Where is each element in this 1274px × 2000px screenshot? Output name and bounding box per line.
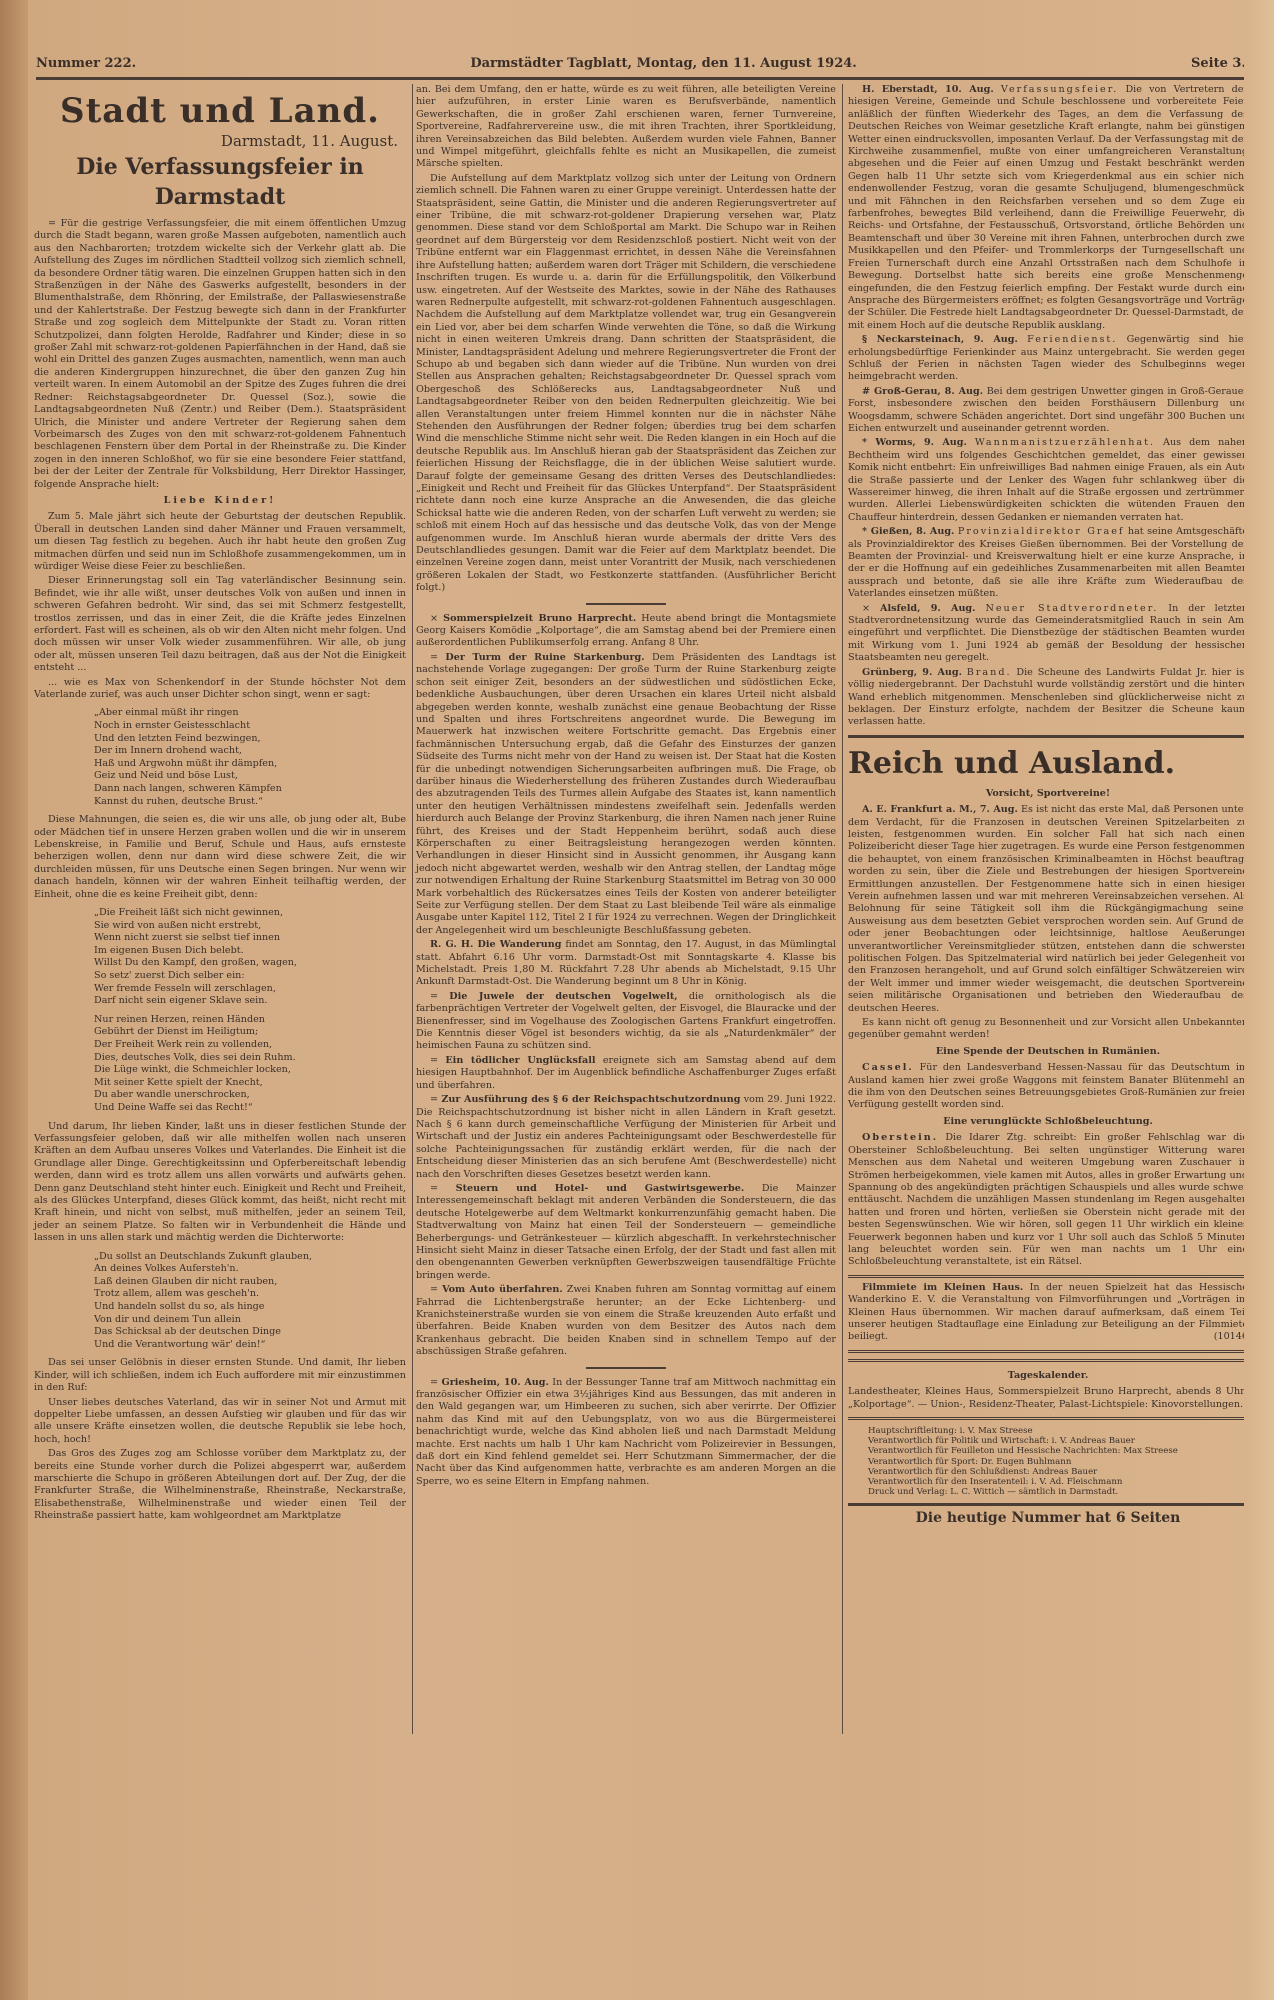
issue-number: Nummer 222. bbox=[36, 56, 136, 71]
news-item-gruenberg: Grünberg, 9. Aug. Brand. Die Scheune des… bbox=[848, 667, 1248, 729]
text-line: Dann nach langen, schweren Kämpfen bbox=[94, 783, 406, 796]
text-line: Haß und Argwohn müßt ihr dämpfen, bbox=[94, 758, 406, 771]
text-line: Verantwortlich für den Inseratenteil: i.… bbox=[868, 1477, 1248, 1487]
news-item-steuern: = Steuern und Hotel- und Gastwirtsgewerb… bbox=[416, 1183, 836, 1282]
text-line: Und den letzten Feind bezwingen, bbox=[94, 733, 406, 746]
text-line: Mit seiner Kette spielt der Knecht, bbox=[94, 1077, 406, 1090]
text-line: Das Schicksal ab der deutschen Dinge bbox=[94, 1326, 406, 1339]
section-kicker: Stadt und Land. bbox=[34, 90, 406, 132]
page-count-note: Die heutige Nummer hat 6 Seiten bbox=[848, 1512, 1248, 1524]
subheading: Eine verunglückte Schloßbeleuchtung. bbox=[848, 1116, 1248, 1128]
news-item-oberstein: Oberstein. Die Idarer Ztg. schreibt: Ein… bbox=[848, 1132, 1248, 1268]
article-paragraph: ... wie es Max von Schenkendorf in der S… bbox=[34, 677, 406, 702]
text-line: Nur reinen Herzen, reinen Händen bbox=[94, 1014, 406, 1027]
text-line: „Aber einmal müßt ihr ringen bbox=[94, 707, 406, 720]
text-line: Willst Du den Kampf, den großen, wagen, bbox=[94, 957, 406, 970]
article-paragraph: Die Aufstellung auf dem Marktplatz vollz… bbox=[416, 173, 836, 595]
text-line: „Du sollst an Deutschlands Zukunft glaub… bbox=[94, 1251, 406, 1264]
film-notice: Filmmiete im Kleinen Haus. In der neuen … bbox=[848, 1275, 1248, 1353]
text-line: An deines Volkes Aufersteh'n. bbox=[94, 1263, 406, 1276]
article-paragraph: an. Bei dem Umfang, den er hatte, würde … bbox=[416, 84, 836, 171]
poem: Nur reinen Herzen, reinen HändenGebührt … bbox=[94, 1014, 406, 1115]
speech-salutation: Liebe Kinder! bbox=[34, 495, 406, 507]
article-paragraph: Zum 5. Male jährt sich heute der Geburts… bbox=[34, 511, 406, 573]
news-item-neckarsteinach: § Neckarsteinach, 9. Aug. Feriendienst. … bbox=[848, 334, 1248, 384]
text-line: Die Lüge winkt, die Schmeichler locken, bbox=[94, 1064, 406, 1077]
section-kicker-reich: Reich und Ausland. bbox=[848, 744, 1248, 784]
text-line: Im eigenen Busen Dich belebt. bbox=[94, 945, 406, 958]
news-item-pachtschutz: = Zur Ausführung des § 6 der Reichspacht… bbox=[416, 1094, 836, 1181]
text-line: Hauptschriftleitung: i. V. Max Streese bbox=[868, 1426, 1248, 1436]
text-line: „Die Freiheit läßt sich nicht gewinnen, bbox=[94, 907, 406, 920]
text-line: Darf nicht sein eigener Sklave sein. bbox=[94, 995, 406, 1008]
article-paragraph: Und darum, Ihr lieben Kinder, laßt uns i… bbox=[34, 1121, 406, 1245]
newspaper-title: Darmstädter Tagblatt, Montag, den 11. Au… bbox=[136, 56, 1191, 71]
article-paragraph: Das sei unser Gelöbnis in dieser ernsten… bbox=[34, 1357, 406, 1394]
news-item-giessen: * Gießen, 8. Aug. Provinzialdirektor Gra… bbox=[848, 526, 1248, 600]
column-divider bbox=[412, 84, 413, 1734]
text-line: Wenn nicht zuerst sie selbst tief innen bbox=[94, 932, 406, 945]
news-item-starkenburg: = Der Turm der Ruine Starkenburg. Dem Pr… bbox=[416, 652, 836, 937]
article-paragraph: Diese Mahnungen, die seien es, die wir u… bbox=[34, 814, 406, 901]
news-item-griesheim: = Griesheim, 10. Aug. In der Bessunger T… bbox=[416, 1377, 836, 1489]
column-1: Stadt und Land. Darmstadt, 11. August. D… bbox=[34, 84, 406, 1525]
news-item-gross-gerau: # Groß-Gerau, 8. Aug. Bei dem gestrigen … bbox=[848, 386, 1248, 436]
news-item-auto: = Vom Auto überfahren. Zwei Knaben fuhre… bbox=[416, 1284, 836, 1358]
article-paragraph: Dieser Erinnerungstag soll ein Tag vater… bbox=[34, 575, 406, 674]
text-line: Und die Verantwortung wär' dein!“ bbox=[94, 1339, 406, 1352]
news-item-vogelwelt: = Die Juwele der deutschen Vogelwelt, di… bbox=[416, 991, 836, 1053]
calendar-title: Tageskalender. bbox=[848, 1370, 1248, 1382]
news-item-wanderung: R. G. H. Die Wanderung findet am Sonntag… bbox=[416, 939, 836, 989]
subheading: Eine Spende der Deutschen in Rumänien. bbox=[848, 1046, 1248, 1058]
imprint: Hauptschriftleitung: i. V. Max StreeseVe… bbox=[848, 1426, 1248, 1497]
dateline: Darmstadt, 11. August. bbox=[34, 132, 398, 150]
text-line: Kannst du ruhen, deutsche Brust.“ bbox=[94, 796, 406, 809]
text-line: Der Freiheit Werk rein zu vollenden, bbox=[94, 1039, 406, 1052]
news-item-alsfeld: × Alsfeld, 9. Aug. Neuer Stadtverordnete… bbox=[848, 603, 1248, 665]
text-line: Und Deine Waffe sei das Recht!“ bbox=[94, 1102, 406, 1115]
text-line: Gebührt der Dienst im Heiligtum; bbox=[94, 1026, 406, 1039]
newspaper-page: Nummer 222. Darmstädter Tagblatt, Montag… bbox=[28, 0, 1274, 2000]
text-line: Sie wird von außen nicht erstrebt, bbox=[94, 920, 406, 933]
article-paragraph: Es kann nicht oft genug zu Besonnenheit … bbox=[848, 1017, 1248, 1042]
poem: „Du sollst an Deutschlands Zukunft glaub… bbox=[94, 1251, 406, 1352]
page-binding-edge bbox=[0, 0, 28, 2000]
masthead-rule bbox=[36, 77, 1246, 80]
daily-calendar: Tageskalender. Landestheater, Kleines Ha… bbox=[848, 1359, 1248, 1420]
ad-code: (10146 bbox=[1200, 1331, 1248, 1343]
column-2: an. Bei dem Umfang, den er hatte, würde … bbox=[416, 84, 836, 1490]
page-number: Seite 3. bbox=[1191, 56, 1246, 71]
masthead: Nummer 222. Darmstädter Tagblatt, Montag… bbox=[36, 52, 1246, 74]
text-line: Verantwortlich für Sport: Dr. Eugen Buhl… bbox=[868, 1457, 1248, 1467]
poem: „Die Freiheit läßt sich nicht gewinnen,S… bbox=[94, 907, 406, 1008]
text-line: Trotz allem, allem was gescheh'n. bbox=[94, 1288, 406, 1301]
article-paragraph: = Für die gestrige Verfassungsfeier, die… bbox=[34, 218, 406, 491]
news-item-unglueck: = Ein tödlicher Unglücksfall ereignete s… bbox=[416, 1055, 836, 1092]
news-item-cassel: Cassel. Für den Landesverband Hessen-Nas… bbox=[848, 1062, 1248, 1112]
text-line: Laß deinen Glauben dir nicht rauben, bbox=[94, 1276, 406, 1289]
article-paragraph: Unser liebes deutsches Vaterland, das wi… bbox=[34, 1397, 406, 1447]
text-line: Der im Innern drohend wacht, bbox=[94, 745, 406, 758]
calendar-text: Landestheater, Kleines Haus, Sommerspiel… bbox=[848, 1386, 1248, 1411]
text-line: Von dir und deinem Tun allein bbox=[94, 1314, 406, 1327]
text-line: Und handeln sollst du so, als hinge bbox=[94, 1301, 406, 1314]
news-item-harprecht: × Sommerspielzeit Bruno Harprecht. Heute… bbox=[416, 613, 836, 650]
text-line: So setz' zuerst Dich selber ein: bbox=[94, 970, 406, 983]
text-line: Geiz und Neid und böse Lust, bbox=[94, 770, 406, 783]
text-line: Druck und Verlag: L. C. Wittich — sämtli… bbox=[868, 1487, 1248, 1497]
subheading: Vorsicht, Sportvereine! bbox=[848, 788, 1248, 800]
text-line: Noch in ernster Geistesschlacht bbox=[94, 720, 406, 733]
poem: „Aber einmal müßt ihr ringenNoch in erns… bbox=[94, 707, 406, 808]
text-line: Verantwortlich für Politik und Wirtschaf… bbox=[868, 1436, 1248, 1446]
text-line: Verantwortlich für Feuilleton und Hessis… bbox=[868, 1446, 1248, 1456]
text-line: Du aber wandle unerschrocken, bbox=[94, 1089, 406, 1102]
news-item-worms: * Worms, 9. Aug. Wannmanistzuerzählenhat… bbox=[848, 437, 1248, 524]
section-rule bbox=[848, 1503, 1248, 1506]
text-line: Wer fremde Fesseln will zerschlagen, bbox=[94, 983, 406, 996]
news-item-eberstadt: H. Eberstadt, 10. Aug. Verfassungsfeier.… bbox=[848, 84, 1248, 332]
separator-rule bbox=[586, 603, 666, 605]
section-rule bbox=[848, 735, 1248, 738]
separator-rule bbox=[586, 1367, 666, 1369]
column-divider bbox=[842, 84, 843, 1734]
news-item-frankfurt: A. E. Frankfurt a. M., 7. Aug. Es ist ni… bbox=[848, 804, 1248, 1015]
article-paragraph: Das Gros des Zuges zog am Schlosse vorüb… bbox=[34, 1448, 406, 1522]
column-3: H. Eberstadt, 10. Aug. Verfassungsfeier.… bbox=[848, 84, 1248, 1527]
page-edge bbox=[1244, 0, 1274, 2000]
text-line: Dies, deutsches Volk, dies sei dein Ruhm… bbox=[94, 1052, 406, 1065]
text-line: Verantwortlich für den Schlußdienst: And… bbox=[868, 1467, 1248, 1477]
article-headline: Die Verfassungsfeier in Darmstadt bbox=[34, 152, 406, 212]
